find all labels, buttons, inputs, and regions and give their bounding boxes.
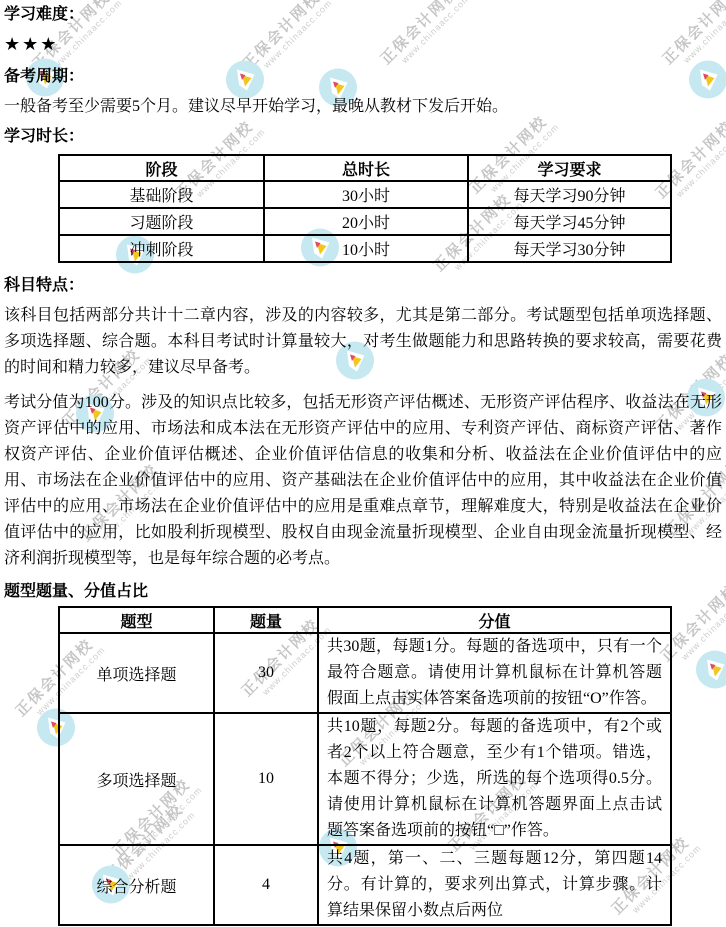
- table-header-row: 题型 题量 分值: [59, 607, 671, 633]
- header-cell: 题型: [59, 607, 214, 633]
- duration-heading: 学习时长：: [4, 126, 722, 148]
- table-cell: 共10题，每题2分。每题的备选项中，有2个或者2个以上符合题意，至少有1个错项。…: [318, 713, 671, 845]
- document-content: 学习难度： ★★★ 备考周期： 一般备考至少需要5个月。建议尽早开始学习，最晚从…: [0, 0, 726, 927]
- header-cell: 学习要求: [468, 155, 671, 181]
- table-cell: 基础阶段: [59, 181, 264, 208]
- types-table: 题型 题量 分值 单项选择题 30 共30题，每题1分。每题的备选项中，只有一个…: [58, 606, 672, 926]
- table-cell: 30小时: [264, 181, 468, 208]
- difficulty-stars: ★★★: [4, 34, 722, 54]
- header-cell: 分值: [318, 607, 671, 633]
- table-row: 习题阶段 20小时 每天学习45分钟: [59, 208, 671, 235]
- table-cell: 20小时: [264, 208, 468, 235]
- cycle-text: 一般备考至少需要5个月。建议尽早开始学习，最晚从教材下发后开始。: [4, 96, 722, 118]
- table-cell: 10小时: [264, 235, 468, 262]
- table-cell: 综合分析题: [59, 845, 214, 925]
- table-header-row: 阶段 总时长 学习要求: [59, 155, 671, 181]
- duration-table: 阶段 总时长 学习要求 基础阶段 30小时 每天学习90分钟 习题阶段 20小时…: [58, 154, 672, 263]
- table-cell: 4: [214, 845, 318, 925]
- table-cell: 习题阶段: [59, 208, 264, 235]
- table-cell: 10: [214, 713, 318, 845]
- document-page: 正保会计网校 www.chinaacc.com 正保会计网校 www.china…: [0, 0, 726, 927]
- table-row: 多项选择题 10 共10题，每题2分。每题的备选项中，有2个或者2个以上符合题意…: [59, 713, 671, 845]
- difficulty-heading: 学习难度：: [4, 4, 722, 26]
- features-heading: 科目特点：: [4, 275, 722, 297]
- table-row: 单项选择题 30 共30题，每题1分。每题的备选项中，只有一个最符合题意。请使用…: [59, 633, 671, 713]
- features-paragraph-1: 该科目包括两部分共计十二章内容，涉及的内容较多，尤其是第二部分。考试题型包括单项…: [4, 303, 722, 381]
- table-cell: 多项选择题: [59, 713, 214, 845]
- table-row: 综合分析题 4 共4题，第一、二、三题每题12分，第四题14分。有计算的，要求列…: [59, 845, 671, 925]
- table-cell: 冲刺阶段: [59, 235, 264, 262]
- header-cell: 总时长: [264, 155, 468, 181]
- features-paragraph-2: 考试分值为100分。涉及的知识点比较多，包括无形资产评估概述、无形资产评估程序、…: [4, 390, 722, 572]
- table-row: 冲刺阶段 10小时 每天学习30分钟: [59, 235, 671, 262]
- table-cell: 共4题，第一、二、三题每题12分，第四题14分。有计算的，要求列出算式，计算步骤…: [318, 845, 671, 925]
- cycle-heading: 备考周期：: [4, 66, 722, 88]
- table-cell: 单项选择题: [59, 633, 214, 713]
- table-row: 基础阶段 30小时 每天学习90分钟: [59, 181, 671, 208]
- table-cell: 每天学习90分钟: [468, 181, 671, 208]
- table-cell: 30: [214, 633, 318, 713]
- types-heading: 题型题量、分值占比: [4, 581, 722, 603]
- header-cell: 阶段: [59, 155, 264, 181]
- header-cell: 题量: [214, 607, 318, 633]
- table-cell: 每天学习30分钟: [468, 235, 671, 262]
- table-cell: 共30题，每题1分。每题的备选项中，只有一个最符合题意。请使用计算机鼠标在计算机…: [318, 633, 671, 713]
- table-cell: 每天学习45分钟: [468, 208, 671, 235]
